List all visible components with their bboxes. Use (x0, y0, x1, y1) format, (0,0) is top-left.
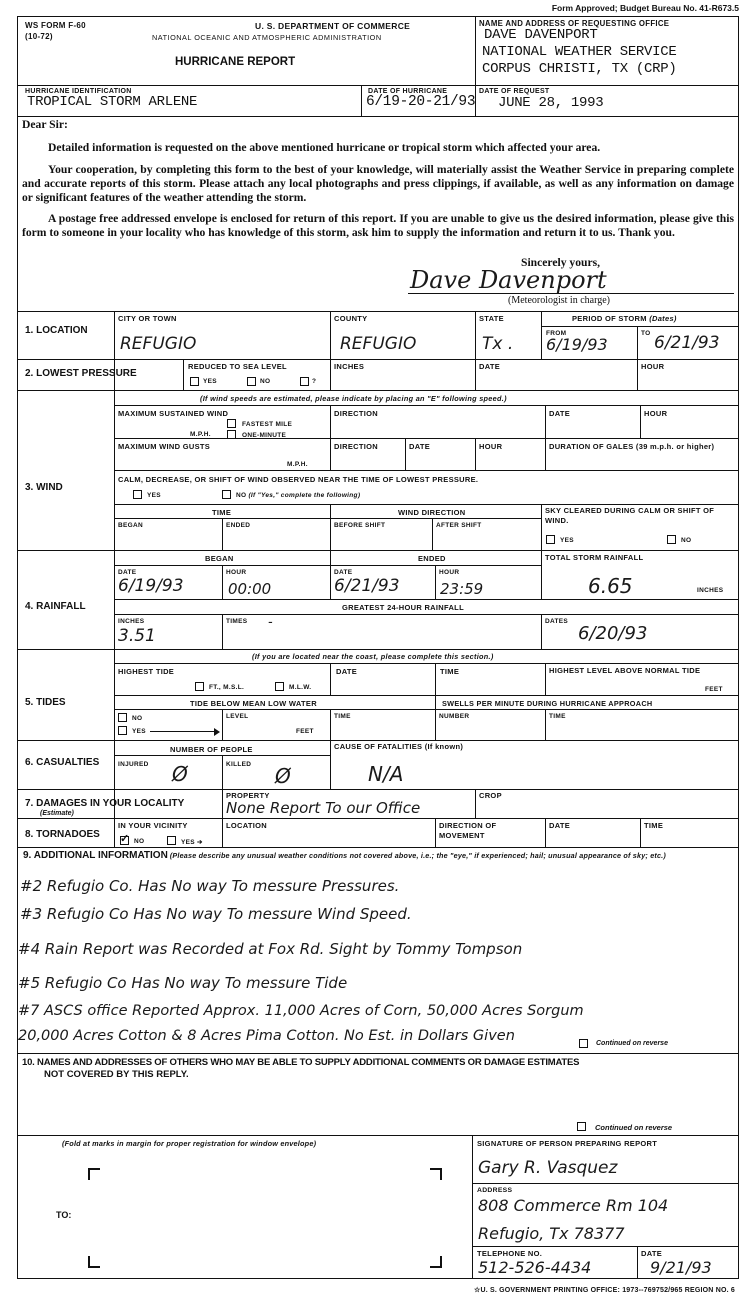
others-continued-label: Continued on reverse (595, 1123, 672, 1132)
pressure-inches-label: INCHES (334, 362, 364, 371)
requesting-office-line-1[interactable]: DAVE DAVENPORT (484, 27, 597, 43)
damages-section-title: 7. DAMAGES IN YOUR LOCALITY (25, 798, 184, 809)
others-heading-line-2: NOT COVERED BY THIS REPLY. (44, 1069, 189, 1080)
below-mlw-label: TIDE BELOW MEAN LOW WATER (190, 699, 317, 708)
ft-msl-label: FT., M.S.L. (209, 684, 244, 691)
mlw-checkbox[interactable] (275, 682, 284, 691)
rain-began-label: BEGAN (205, 554, 234, 563)
sustained-hour-label: HOUR (644, 409, 667, 418)
preparer-signature-value[interactable]: Gary R. Vasquez (478, 1158, 617, 1178)
address-line-1[interactable]: 808 Commerce Rm 104 (478, 1196, 668, 1215)
calm-yes-checkbox[interactable] (133, 490, 142, 499)
rain-ended-date-value[interactable]: 6/21/93 (334, 576, 400, 596)
max-sustained-label: MAXIMUM SUSTAINED WIND (118, 409, 228, 418)
total-rainfall-unit: INCHES (697, 587, 723, 594)
tornado-yes-label: YES ➔ (181, 838, 203, 846)
before-shift-label: BEFORE SHIFT (334, 522, 385, 529)
reduced-yes-checkbox[interactable] (190, 377, 199, 386)
duration-gales-label: DURATION OF GALES (39 m.p.h. or higher) (549, 442, 734, 452)
to-label: TO (641, 330, 651, 337)
reduced-no-label: NO (260, 378, 270, 385)
greatest-times-label: TIMES (226, 618, 247, 625)
greatest-24h-label: GREATEST 24-HOUR RAINFALL (342, 603, 464, 612)
sustained-date-label: DATE (549, 409, 570, 418)
below-mlw-no-checkbox[interactable] (118, 713, 127, 722)
requesting-office-line-3[interactable]: CORPUS CHRISTI, TX (CRP) (482, 61, 676, 77)
checkmark-icon: ✓ (120, 832, 129, 845)
arrow-head-icon (214, 728, 220, 736)
reduced-no-checkbox[interactable] (247, 377, 256, 386)
damages-estimate-note: (Estimate) (40, 810, 74, 817)
others-continued-checkbox[interactable] (577, 1122, 586, 1131)
pressure-date-label: DATE (479, 362, 500, 371)
swells-label: SWELLS PER MINUTE DURING HURRICANE APPRO… (442, 699, 652, 708)
below-mlw-yes-label: YES (132, 728, 146, 735)
form-number: WS FORM F-60 (25, 21, 86, 30)
reduced-unknown-checkbox[interactable] (300, 377, 309, 386)
tornado-yes-checkbox[interactable] (167, 836, 176, 845)
calm-yes-label: YES (147, 492, 161, 499)
printing-office-note: ☆U. S. GOVERNMENT PRINTING OFFICE: 1973-… (474, 1286, 735, 1294)
tornado-time-label: TIME (644, 821, 663, 830)
calm-no-label: NO (If "Yes," complete the following) (236, 492, 360, 499)
additional-continued-checkbox[interactable] (579, 1039, 588, 1048)
department: U. S. DEPARTMENT OF COMMERCE (255, 21, 410, 31)
gusts-date-label: DATE (409, 442, 430, 451)
to-label: TO: (56, 1210, 71, 1220)
address-label: ADDRESS (477, 1187, 512, 1194)
requester-signature: Dave Davenport (410, 266, 607, 294)
location-section-title: 1. LOCATION (25, 325, 88, 336)
after-shift-label: AFTER SHIFT (436, 522, 482, 529)
sustained-direction-label: DIRECTION (334, 409, 378, 418)
additional-line-5[interactable]: #7 ASCS office Reported Approx. 11,000 A… (18, 1003, 584, 1019)
fold-mark-top-right-icon (430, 1168, 442, 1180)
city-label: CITY OR TOWN (118, 314, 177, 323)
additional-line-4[interactable]: #5 Refugio Co Has No way To messure Tide (18, 974, 347, 992)
sky-cleared-label: SKY CLEARED DURING CALM OR SHIFT OF WIND… (545, 506, 735, 526)
form-date: (10-72) (25, 32, 53, 41)
calm-no-checkbox[interactable] (222, 490, 231, 499)
additional-line-1[interactable]: #2 Refugio Co. Has No way To messure Pre… (20, 877, 399, 895)
cause-fatalities-value[interactable]: N/A (368, 762, 403, 786)
tide-date-label: DATE (336, 667, 357, 676)
shift-began-label: BEGAN (118, 522, 143, 529)
hurricane-id-value[interactable]: TROPICAL STORM ARLENE (27, 94, 197, 110)
telephone-value[interactable]: 512-526-4434 (478, 1258, 591, 1277)
rain-ended-date-label: DATE (334, 569, 352, 576)
from-value[interactable]: 6/19/93 (546, 335, 608, 354)
tide-level-label: LEVEL (226, 713, 248, 720)
tornado-no-label: NO (134, 838, 144, 845)
additional-line-2[interactable]: #3 Refugio Co Has No way To messure Wind… (20, 905, 412, 923)
total-rainfall-label: TOTAL STORM RAINFALL (545, 553, 643, 562)
wind-note: (If wind speeds are estimated, please in… (200, 394, 507, 403)
date-of-request-value[interactable]: JUNE 28, 1993 (498, 95, 603, 111)
mlw-label: M.L.W. (289, 684, 311, 691)
arrow-icon (150, 731, 218, 732)
agency: NATIONAL OCEANIC AND ATMOSPHERIC ADMINIS… (152, 33, 382, 42)
pressure-hour-label: HOUR (641, 362, 664, 371)
fold-mark-bottom-left-icon (88, 1256, 100, 1268)
casualties-section-title: 6. CASUALTIES (25, 757, 99, 768)
date-of-request-label: DATE OF REQUEST (479, 88, 549, 95)
city-value[interactable]: REFUGIO (120, 334, 196, 354)
fastest-mile-checkbox[interactable] (227, 419, 236, 428)
time-label: TIME (212, 508, 231, 517)
pressure-section-title: 2. LOWEST PRESSURE (25, 368, 137, 379)
fold-mark-bottom-right-icon (430, 1256, 442, 1268)
footer-date-value[interactable]: 9/21/93 (650, 1258, 712, 1277)
swells-time-label: TIME (549, 713, 566, 720)
form-title: HURRICANE REPORT (175, 56, 295, 68)
telephone-label: TELEPHONE NO. (477, 1249, 542, 1258)
rain-began-hour-value[interactable]: 00:00 (228, 580, 271, 598)
property-value[interactable]: None Report To our Office (226, 799, 420, 817)
greatest-inches-value[interactable]: 3.51 (118, 626, 156, 646)
rain-ended-hour-label: HOUR (439, 569, 459, 576)
injured-value[interactable]: Ø (172, 762, 188, 786)
state-label: STATE (479, 314, 504, 323)
tornado-direction-label: DIRECTION OF MOVEMENT (439, 821, 539, 841)
injured-label: INJURED (118, 761, 149, 768)
greatest-dates-label: DATES (545, 618, 568, 625)
rain-ended-hour-value[interactable]: 23:59 (440, 580, 483, 598)
rain-ended-label: ENDED (418, 554, 446, 563)
others-heading: 10. NAMES AND ADDRESSES OF OTHERS WHO MA… (22, 1057, 579, 1068)
reduced-unknown-label: ? (312, 378, 316, 385)
tide-level-feet: FEET (296, 728, 314, 735)
form-approved-note: Form Approved; Budget Bureau No. 41-R673… (552, 3, 739, 13)
greatest-dates-value[interactable]: 6/20/93 (578, 623, 647, 644)
rain-began-hour-label: HOUR (226, 569, 246, 576)
gusts-hour-label: HOUR (479, 442, 502, 451)
letter-paragraph-3: A postage free addressed envelope is enc… (22, 212, 734, 240)
additional-info-heading: 9. ADDITIONAL INFORMATION (Please descri… (23, 851, 723, 861)
calm-shift-label: CALM, DECREASE, OR SHIFT OF WIND OBSERVE… (118, 475, 478, 484)
preparer-signature-label: SIGNATURE OF PERSON PREPARING REPORT (477, 1139, 657, 1148)
sky-cleared-yes-label: YES (560, 537, 574, 544)
crop-label: CROP (479, 791, 502, 800)
footer-date-label: DATE (641, 1249, 662, 1258)
salutation: Dear Sir: (22, 118, 68, 132)
county-label: COUNTY (334, 314, 367, 323)
additional-line-3[interactable]: #4 Rain Report was Recorded at Fox Rd. S… (18, 940, 522, 958)
wind-section-title: 3. WIND (25, 482, 63, 493)
fold-note: (Fold at marks in margin for proper regi… (62, 1139, 316, 1148)
tornado-date-label: DATE (549, 821, 570, 830)
greatest-inches-label: INCHES (118, 618, 144, 625)
sky-cleared-no-label: NO (681, 537, 691, 544)
fold-mark-top-left-icon (88, 1168, 100, 1180)
rain-began-date-label: DATE (118, 569, 136, 576)
letter-paragraph-1: Detailed information is requested on the… (48, 141, 736, 155)
total-rainfall-value[interactable]: 6.65 (588, 574, 633, 598)
state-value[interactable]: Tx . (482, 334, 513, 354)
sky-cleared-no-checkbox[interactable] (667, 535, 676, 544)
highest-level-feet: FEET (705, 686, 723, 693)
killed-label: KILLED (226, 761, 251, 768)
tides-section-title: 5. TIDES (25, 697, 66, 708)
highest-level-label: HIGHEST LEVEL ABOVE NORMAL TIDE (549, 666, 729, 676)
reduced-label: REDUCED TO SEA LEVEL (188, 362, 287, 371)
to-value[interactable]: 6/21/93 (654, 333, 720, 353)
number-of-people-label: NUMBER OF PEOPLE (170, 745, 253, 754)
rainfall-section-title: 4. RAINFALL (25, 601, 86, 612)
wind-direction-label: WIND DIRECTION (398, 508, 466, 517)
swells-number-label: NUMBER (439, 713, 469, 720)
county-value[interactable]: REFUGIO (340, 334, 416, 354)
sky-cleared-yes-checkbox[interactable] (546, 535, 555, 544)
tides-note: (If you are located near the coast, plea… (252, 652, 494, 661)
tornadoes-section-title: 8. TORNADOES (25, 829, 100, 840)
highest-tide-label: HIGHEST TIDE (118, 667, 174, 676)
below-mlw-no-label: NO (132, 715, 142, 722)
period-label: PERIOD OF STORM (Dates) (572, 314, 677, 323)
gusts-direction-label: DIRECTION (334, 442, 378, 451)
additional-continued-label: Continued on reverse (596, 1040, 668, 1047)
killed-value[interactable]: Ø (275, 764, 291, 788)
max-gusts-label: MAXIMUM WIND GUSTS (118, 442, 210, 451)
requesting-office-line-2[interactable]: NATIONAL WEATHER SERVICE (482, 44, 676, 60)
max-gusts-mph: M.P.H. (287, 461, 308, 468)
reduced-yes-label: YES (203, 378, 217, 385)
below-mlw-time-label: TIME (334, 713, 351, 720)
rain-began-date-value[interactable]: 6/19/93 (118, 576, 184, 596)
vicinity-label: IN YOUR VICINITY (118, 821, 188, 830)
greatest-times-value[interactable]: - (268, 615, 273, 630)
additional-line-6[interactable]: 20,000 Acres Cotton & 8 Acres Pima Cotto… (18, 1028, 515, 1044)
tide-time-label: TIME (440, 667, 459, 676)
date-of-hurricane-value[interactable]: 6/19-20-21/93 (366, 94, 475, 110)
max-sustained-mph: M.P.H. (190, 431, 211, 438)
shift-ended-label: ENDED (226, 522, 250, 529)
fastest-mile-label: FASTEST MILE (242, 421, 292, 428)
letter-paragraph-2: Your cooperation, by completing this for… (22, 163, 734, 205)
signer-title: (Meteorologist in charge) (508, 294, 610, 308)
below-mlw-yes-checkbox[interactable] (118, 726, 127, 735)
tornado-location-label: LOCATION (226, 821, 267, 830)
cause-fatalities-label: CAUSE OF FATALITIES (If known) (334, 742, 463, 751)
ft-msl-checkbox[interactable] (195, 682, 204, 691)
address-line-2[interactable]: Refugio, Tx 78377 (478, 1224, 625, 1243)
